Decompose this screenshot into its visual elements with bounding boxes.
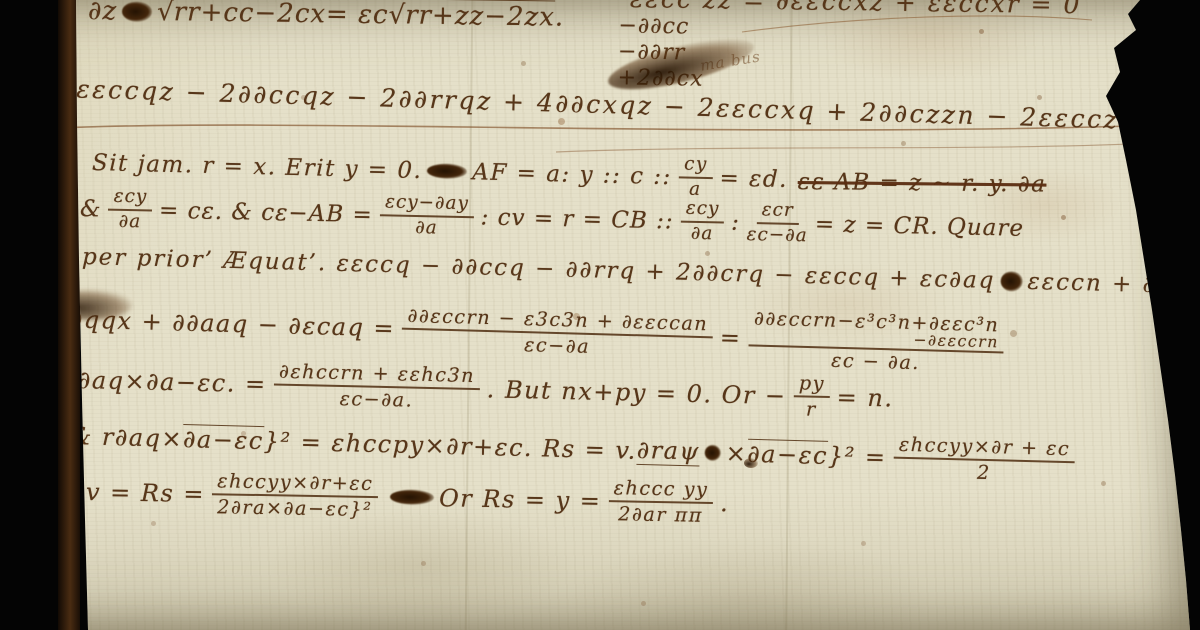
- denominator: r: [806, 397, 817, 420]
- denominator: εc−∂a.: [339, 386, 413, 410]
- ink-blot: [427, 163, 467, 179]
- math-text: .: [555, 3, 565, 33]
- denominator: 2∂ar ππ: [618, 502, 703, 526]
- fraction: cya: [678, 154, 713, 200]
- radical: √rr+zz−2zx: [388, 0, 555, 32]
- denominator: εc−∂a: [746, 224, 808, 247]
- fraction: pyr: [793, 372, 830, 420]
- ink-blot: [390, 489, 434, 505]
- denominator: εc−∂a: [524, 333, 591, 357]
- ink-blot: [744, 458, 758, 468]
- denominator: εc − ∂a.: [831, 349, 920, 374]
- math-text: per prior’ Æquat’. εεccq − ∂∂ccq − ∂∂rrq…: [82, 244, 996, 294]
- ink-blot: [122, 1, 152, 21]
- denominator: 2: [977, 460, 991, 483]
- math-text: ∂z: [88, 0, 118, 26]
- overlined-text: ∂a−εc: [183, 424, 264, 455]
- fraction: εcy∂a: [108, 187, 152, 233]
- numerator: py: [794, 372, 831, 397]
- numerator: εhccc yy: [608, 477, 713, 503]
- math-text: .: [720, 489, 730, 517]
- fraction: ∂∂εccrn−ε³c³n+∂εεc³n−∂εεccrnεc − ∂a.: [748, 307, 1005, 376]
- foxing-specks: [0, 0, 3, 3]
- fraction: εhccc yy2∂ar ππ: [608, 477, 713, 526]
- math-text: Or Rs = y =: [439, 484, 602, 515]
- numerator: εcy: [681, 199, 725, 224]
- ink-blot: [1000, 271, 1023, 292]
- fraction: εcy−∂ay∂a: [379, 192, 474, 239]
- math-text: εεccn + ∂∂czn = .: [1027, 269, 1200, 301]
- numerator: ∂∂εccrn−ε³c³n+∂εεc³n−∂εεccrn: [748, 307, 1004, 353]
- math-text: = εd.: [719, 165, 788, 193]
- struck-out-text: εε AB = z ∼ r. y. ∂a: [798, 169, 1047, 198]
- underlined-text: ∂raψ: [636, 436, 700, 467]
- denominator: ∂a: [415, 217, 438, 239]
- denominator: 2∂ra×∂a−εc}²: [217, 495, 373, 520]
- fraction: ∂εhccrn + εεhc3nεc−∂a.: [273, 360, 480, 412]
- denominator: ∂a: [119, 210, 142, 232]
- fraction: εhccyy×∂r + εc2: [893, 434, 1075, 486]
- manuscript-line-1: ∂z√rr+cc−2cx = εc√rr+zz−2zx .: [88, 0, 565, 33]
- math-text: &: [80, 196, 102, 222]
- math-text: = z = CR. Quare: [815, 211, 1025, 241]
- math-text: AF = a: y :: c ::: [472, 159, 672, 190]
- math-text: ∂aq×∂a−εc. =: [78, 366, 267, 398]
- fraction: εcrεc−∂a: [746, 200, 808, 246]
- fraction: ∂∂εccrn − ε3c3n + ∂εεccanεc−∂a: [401, 305, 713, 361]
- math-text: Sit jam. r = x. Erit y = 0.: [92, 150, 423, 184]
- numerator: cy: [679, 154, 713, 178]
- manuscript-page: ∂z√rr+cc−2cx = εc√rr+zz−2zx . εεcc zz = …: [0, 0, 1200, 630]
- math-text: :: [731, 209, 740, 235]
- underlying-page-edge: [58, 0, 80, 630]
- manuscript-line-9: v = Rs = εhccyy×∂r+εc2∂ra×∂a−εc}² Or Rs …: [86, 468, 730, 526]
- numerator: εhccyy×∂r+εc: [212, 470, 379, 497]
- math-text: & r∂aq×: [70, 422, 184, 453]
- ink-blot: [705, 444, 721, 460]
- denominator: ∂a: [691, 222, 714, 244]
- math-text: }² =: [828, 441, 887, 471]
- radical: √rr+cc−2cx: [157, 0, 326, 29]
- numerator: ∂εhccrn + εεhc3n: [274, 360, 481, 389]
- numerator: εcy−∂ay: [380, 192, 474, 218]
- photograph-background: ∂z√rr+cc−2cx = εc√rr+zz−2zx . εεcc zz = …: [0, 0, 1200, 630]
- math-text: =: [719, 323, 741, 352]
- math-text: }² = εhccpy×∂r+εc. Rs = v.: [263, 427, 637, 465]
- numerator: εhccyy×∂r + εc: [894, 434, 1076, 463]
- math-text: = cε. & cε−AB =: [159, 197, 373, 227]
- numerator: εcr: [756, 200, 798, 224]
- math-text: . But nx+py = 0. Or −: [486, 375, 786, 410]
- math-text: = n.: [836, 383, 893, 412]
- math-text: : cv = r = CB ::: [480, 204, 674, 234]
- math-text: = εc: [326, 0, 389, 30]
- overlined-text: ∂a−εc: [747, 439, 828, 470]
- numerator: εcy: [108, 187, 152, 212]
- carried-term: −∂∂cc: [618, 13, 704, 40]
- fraction: εcy∂a: [680, 199, 724, 245]
- math-text: v = Rs =: [86, 478, 206, 508]
- fraction: εhccyy×∂r+εc2∂ra×∂a−εc}²: [212, 470, 379, 520]
